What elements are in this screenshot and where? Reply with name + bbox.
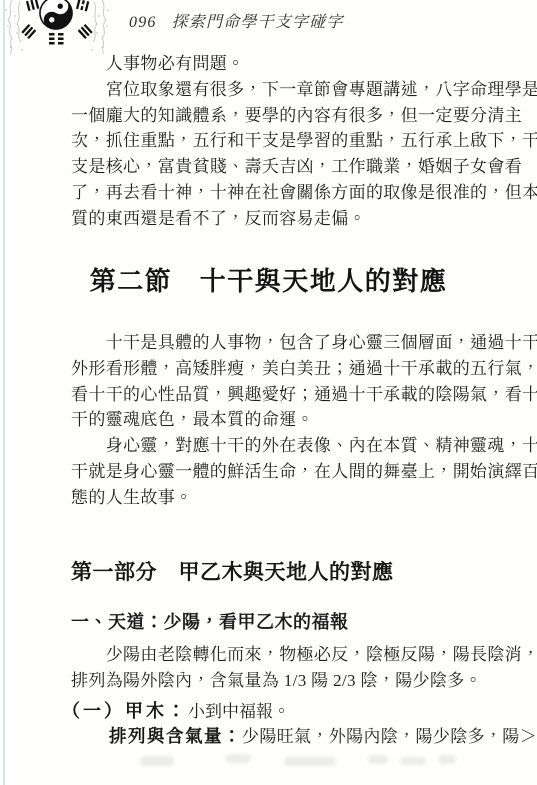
taiji-bagua-logo-icon	[2, 0, 114, 58]
body-line: 看十干的心性品質，興趣愛好；通過十干承載的陰陽氣，看十	[71, 382, 537, 408]
bleed-through-artifact	[368, 755, 388, 764]
item-heading: （一）甲木：小到中福報。	[62, 697, 290, 723]
page-number: 096	[129, 14, 157, 32]
paragraph-block-3: 少陽由老陰轉化而來，物極必反，陰極反陽，陽長陰消， 排列為陽外陰內，含氣量為 1…	[71, 642, 537, 694]
bleed-through-artifact	[140, 756, 174, 766]
lead-label: 排列與含氣量：	[71, 726, 242, 746]
part-heading: 第一部分 甲乙木與天地人的對應	[71, 556, 394, 586]
body-line: 態的人生故事。	[71, 485, 537, 511]
running-header: 096 探索門命學干支字碰字	[129, 9, 344, 32]
body-line: 支是核心，富貴貧賤、壽夭吉凶，工作職業，婚姻子女會看	[71, 154, 537, 180]
body-line: 人事物必有問題。	[71, 51, 537, 77]
body-line: 身心靈，對應十干的外在表像、內在本質、精神靈魂，十	[71, 433, 537, 459]
body-line: 了，再去看十神，十神在社會關係方面的取像是很准的，但本	[71, 180, 537, 206]
lead-text: 少陽旺氣，外陽內陰，陽少陰多，陽＞	[242, 727, 537, 746]
body-line: 少陽由老陰轉化而來，物極必反，陰極反陽，陽長陰消，	[71, 642, 537, 668]
paragraph-lead-line: 排列與含氣量：少陽旺氣，外陽內陰，陽少陰多，陽＞	[71, 722, 537, 748]
body-line: 十干是具體的人事物，包含了身心靈三個層面，通過十干	[71, 330, 537, 356]
body-line: 排列為陽外陰內，含氣量為 1/3 陽 2/3 陰，陽少陰多。	[71, 668, 537, 694]
body-line: 外形看形體，高矮胖瘦，美白美丑；通過十干承載的五行氣，	[71, 356, 537, 382]
book-page: 096 探索門命學干支字碰字 人事物必有問題。 宮位取象還有很多，下一章節會專題…	[0, 0, 537, 785]
section-heading: 第二節 十干與天地人的對應	[0, 261, 537, 298]
body-line: 干就是身心靈一體的鮮活生命，在人間的舞臺上，開始演繹百	[71, 459, 537, 485]
bleed-through-artifact	[225, 754, 251, 763]
bleed-through-artifact	[438, 755, 456, 764]
running-title: 探索門命學干支字碰字	[172, 9, 344, 32]
item-heading-text: 小到中福報。	[188, 702, 290, 721]
bleed-through-artifact	[400, 757, 426, 765]
body-line: 干的靈魂底色，最本質的命運。	[71, 407, 537, 433]
body-line: 宮位取象還有很多，下一章節會專題講述，八字命理學是	[71, 77, 537, 103]
body-line: 次，抓住重點，五行和干支是學習的重點，五行承上啟下，干	[71, 128, 537, 154]
sub-heading: 一、天道：少陽，看甲乙木的福報	[71, 608, 349, 634]
item-heading-label: （一）甲木：	[62, 701, 188, 721]
scan-edge-line	[3, 0, 5, 785]
paragraph-block-1: 人事物必有問題。 宮位取象還有很多，下一章節會專題講述，八字命理學是 一個龐大的…	[71, 51, 537, 232]
body-line: 一個龐大的知識體系，要學的內容有很多，但一定要分清主	[71, 103, 537, 129]
bleed-through-artifact	[284, 757, 336, 766]
paragraph-block-2: 十干是具體的人事物，包含了身心靈三個層面，通過十干 外形看形體，高矮胖瘦，美白美…	[71, 330, 537, 511]
body-line: 質的東西還是看不了，反而容易走偏。	[71, 206, 537, 232]
